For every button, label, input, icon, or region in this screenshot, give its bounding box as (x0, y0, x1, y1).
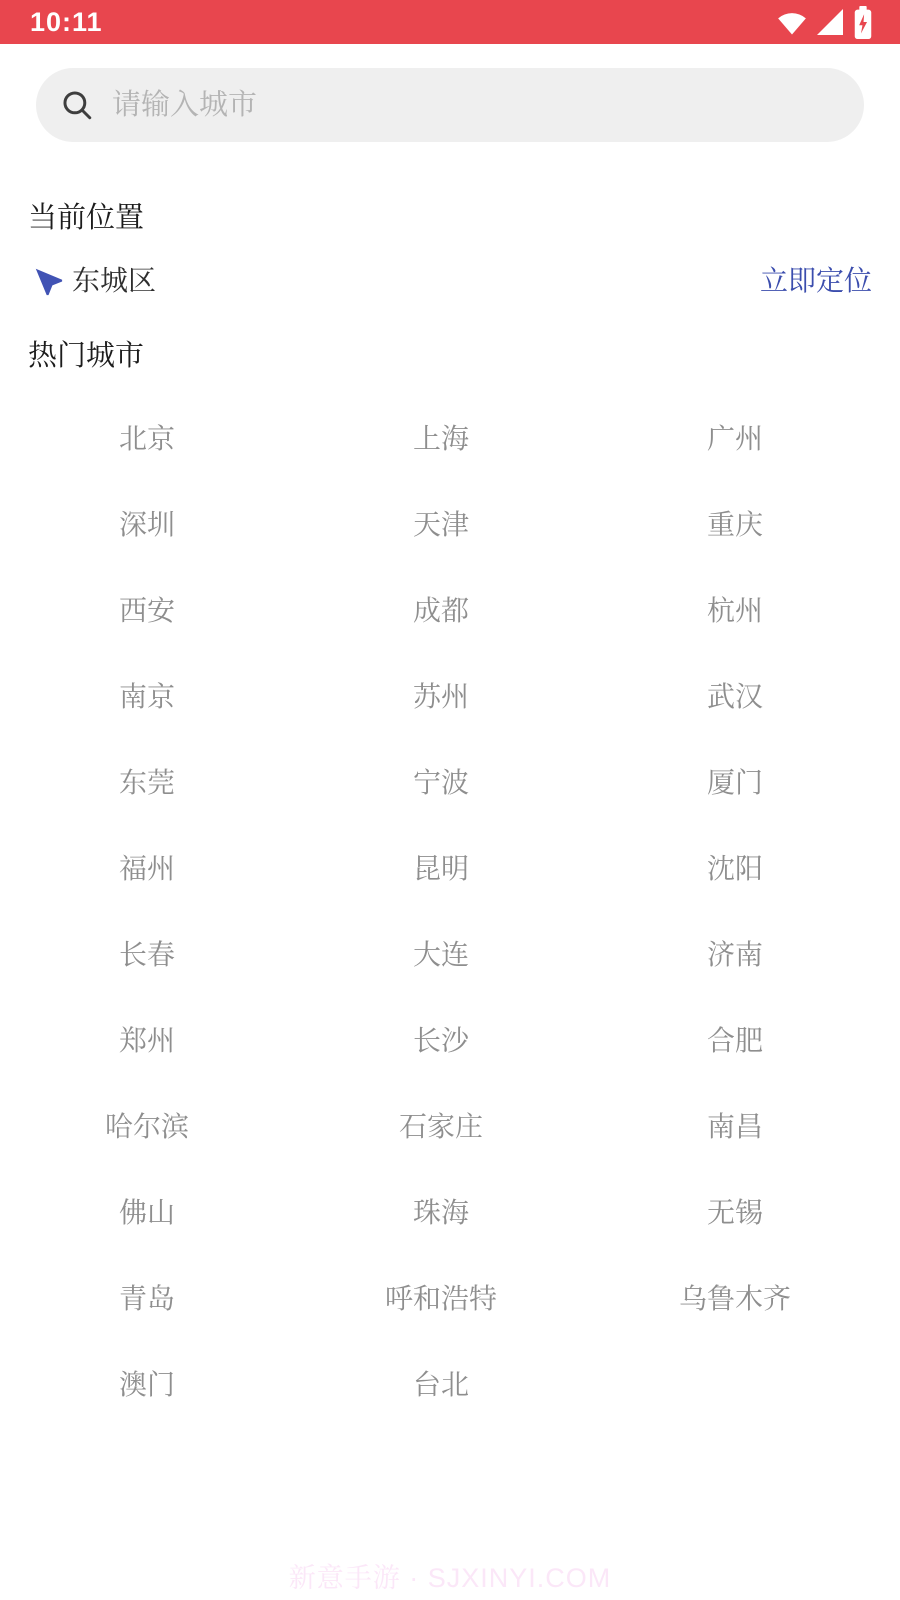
location-arrow-icon (28, 259, 64, 299)
city-item[interactable]: 南京 (0, 652, 294, 738)
city-item[interactable]: 昆明 (294, 824, 588, 910)
city-item[interactable]: 杭州 (588, 566, 882, 652)
city-item[interactable]: 青岛 (0, 1254, 294, 1340)
city-item[interactable]: 长春 (0, 910, 294, 996)
search-bar[interactable] (36, 68, 864, 142)
status-bar: 10:11 (0, 0, 900, 44)
city-item[interactable]: 宁波 (294, 738, 588, 824)
city-item[interactable]: 厦门 (588, 738, 882, 824)
city-item[interactable]: 沈阳 (588, 824, 882, 910)
search-icon (60, 88, 94, 122)
status-icons (776, 6, 874, 39)
cellular-signal-icon (817, 9, 843, 35)
city-item[interactable]: 澳门 (0, 1340, 294, 1426)
city-item[interactable]: 济南 (588, 910, 882, 996)
hot-cities-heading: 热门城市 (28, 338, 900, 374)
current-location-row[interactable]: 东城区 立即定位 (28, 256, 872, 302)
city-item[interactable]: 大连 (294, 910, 588, 996)
city-item[interactable]: 无锡 (588, 1168, 882, 1254)
city-item[interactable]: 武汉 (588, 652, 882, 738)
city-grid: 北京上海广州深圳天津重庆西安成都杭州南京苏州武汉东莞宁波厦门福州昆明沈阳长春大连… (0, 394, 882, 1426)
city-item[interactable]: 珠海 (294, 1168, 588, 1254)
locate-now-link[interactable]: 立即定位 (760, 259, 872, 299)
city-item[interactable]: 南昌 (588, 1082, 882, 1168)
city-item[interactable]: 长沙 (294, 996, 588, 1082)
city-item[interactable]: 郑州 (0, 996, 294, 1082)
watermark-text: 新意手游 · SJXINYI.COM (0, 1556, 900, 1595)
city-item[interactable]: 西安 (0, 566, 294, 652)
status-time: 10:11 (30, 7, 103, 38)
city-item[interactable]: 台北 (294, 1340, 588, 1426)
city-item[interactable]: 北京 (0, 394, 294, 480)
city-item[interactable]: 天津 (294, 480, 588, 566)
current-location-heading: 当前位置 (28, 200, 900, 236)
current-city-label[interactable]: 东城区 (72, 259, 156, 299)
city-item[interactable]: 上海 (294, 394, 588, 480)
city-item[interactable]: 苏州 (294, 652, 588, 738)
city-item[interactable]: 合肥 (588, 996, 882, 1082)
city-item[interactable]: 广州 (588, 394, 882, 480)
city-item[interactable]: 东莞 (0, 738, 294, 824)
wifi-icon (776, 9, 808, 35)
city-item[interactable]: 石家庄 (294, 1082, 588, 1168)
search-input[interactable] (112, 89, 840, 122)
city-item[interactable]: 深圳 (0, 480, 294, 566)
battery-charging-icon (852, 6, 874, 39)
city-item[interactable]: 哈尔滨 (0, 1082, 294, 1168)
city-item[interactable]: 成都 (294, 566, 588, 652)
city-item[interactable]: 佛山 (0, 1168, 294, 1254)
city-item[interactable]: 呼和浩特 (294, 1254, 588, 1340)
city-item[interactable]: 重庆 (588, 480, 882, 566)
city-item[interactable]: 乌鲁木齐 (588, 1254, 882, 1340)
city-item[interactable]: 福州 (0, 824, 294, 910)
